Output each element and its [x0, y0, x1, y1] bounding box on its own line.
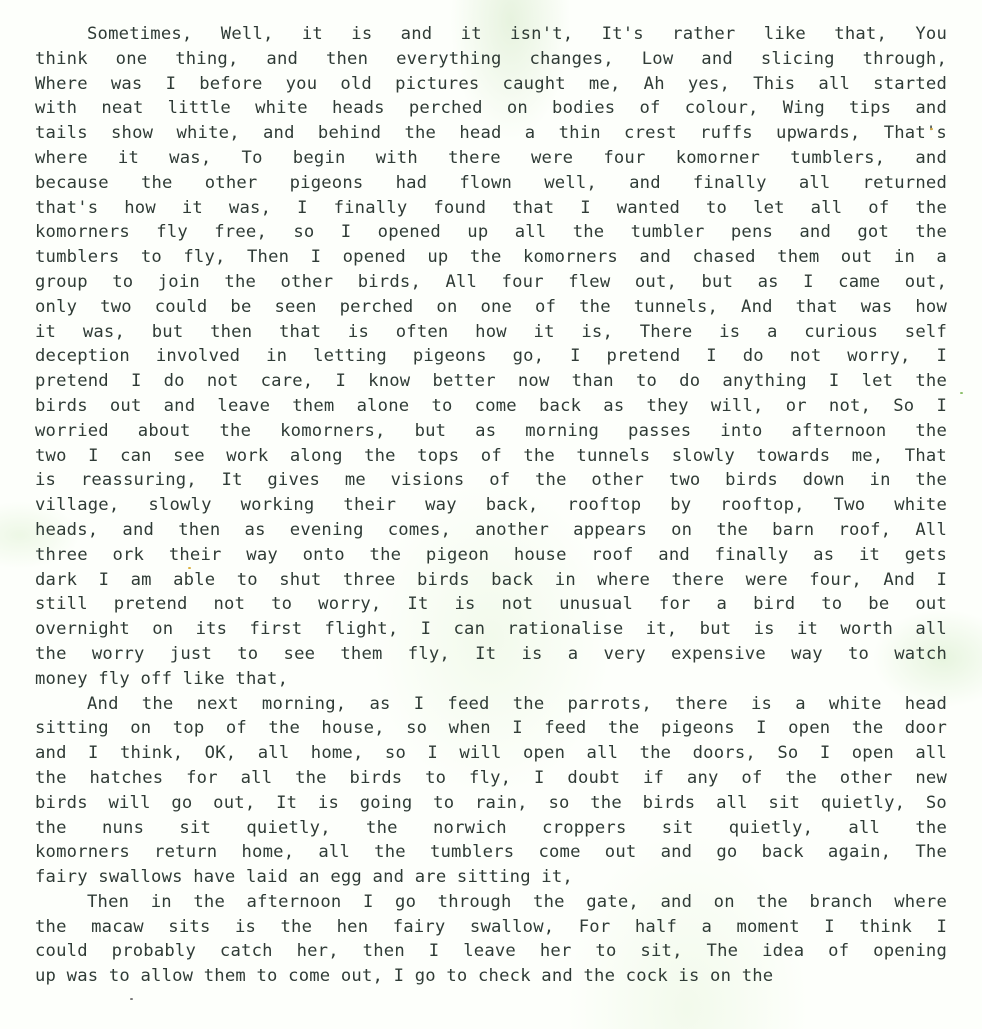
paper-speck — [130, 998, 133, 1000]
text-line: because the other pigeons had flown well… — [35, 171, 947, 196]
text-line: and I think, OK, all home, so I will ope… — [35, 741, 947, 766]
text-line: is reassuring, It gives me visions of th… — [35, 468, 947, 493]
text-line: where it was, To begin with there were f… — [35, 146, 947, 171]
text-line: pretend I do not care, I know better now… — [35, 369, 947, 394]
text-line: money fly off like that, — [35, 667, 947, 692]
text-line: the worry just to see them fly, It is a … — [35, 642, 947, 667]
text-line: three ork their way onto the pigeon hous… — [35, 543, 947, 568]
text-line: still pretend not to worry, It is not un… — [35, 592, 947, 617]
text-line: Sometimes, Well, it is and it isn't, It'… — [35, 22, 947, 47]
text-line: two I can see work along the tops of the… — [35, 444, 947, 469]
text-line: tumblers to fly, Then I opened up the ko… — [35, 245, 947, 270]
text-line: only two could be seen perched on one of… — [35, 295, 947, 320]
text-line: think one thing, and then everything cha… — [35, 47, 947, 72]
text-line: could probably catch her, then I leave h… — [35, 939, 947, 964]
text-line: worried about the komorners, but as morn… — [35, 419, 947, 444]
text-line: tails show white, and behind the head a … — [35, 121, 947, 146]
text-line: group to join the other birds, All four … — [35, 270, 947, 295]
text-line: it was, but then that is often how it is… — [35, 320, 947, 345]
text-line: up was to allow them to come out, I go t… — [35, 964, 947, 989]
text-line: the nuns sit quietly, the norwich croppe… — [35, 816, 947, 841]
text-line: with neat little white heads perched on … — [35, 96, 947, 121]
text-line: Then in the afternoon I go through the g… — [35, 890, 947, 915]
paragraph-3: Then in the afternoon I go through the g… — [35, 890, 947, 989]
paper-speck — [960, 392, 963, 394]
text-line: And the next morning, as I feed the parr… — [35, 692, 947, 717]
text-line: deception involved in letting pigeons go… — [35, 344, 947, 369]
text-line: fairy swallows have laid an egg and are … — [35, 865, 947, 890]
paper-speck — [930, 128, 933, 130]
text-line: birds will go out, It is going to rain, … — [35, 791, 947, 816]
text-line: dark I am able to shut three birds back … — [35, 568, 947, 593]
paper-speck — [188, 567, 191, 569]
text-line: the hatches for all the birds to fly, I … — [35, 766, 947, 791]
text-line: birds out and leave them alone to come b… — [35, 394, 947, 419]
text-line: overnight on its first flight, I can rat… — [35, 617, 947, 642]
text-line: sitting on top of the house, so when I f… — [35, 716, 947, 741]
text-line: that's how it was, I finally found that … — [35, 196, 947, 221]
paragraph-2: And the next morning, as I feed the parr… — [35, 692, 947, 890]
text-line: Where was I before you old pictures caug… — [35, 72, 947, 97]
text-line: komorners return home, all the tumblers … — [35, 840, 947, 865]
text-line: heads, and then as evening comes, anothe… — [35, 518, 947, 543]
text-line: the macaw sits is the hen fairy swallow,… — [35, 915, 947, 940]
text-line: komorners fly free, so I opened up all t… — [35, 220, 947, 245]
typed-document-page: Sometimes, Well, it is and it isn't, It'… — [35, 22, 947, 989]
text-line: village, slowly working their way back, … — [35, 493, 947, 518]
paragraph-1: Sometimes, Well, it is and it isn't, It'… — [35, 22, 947, 692]
